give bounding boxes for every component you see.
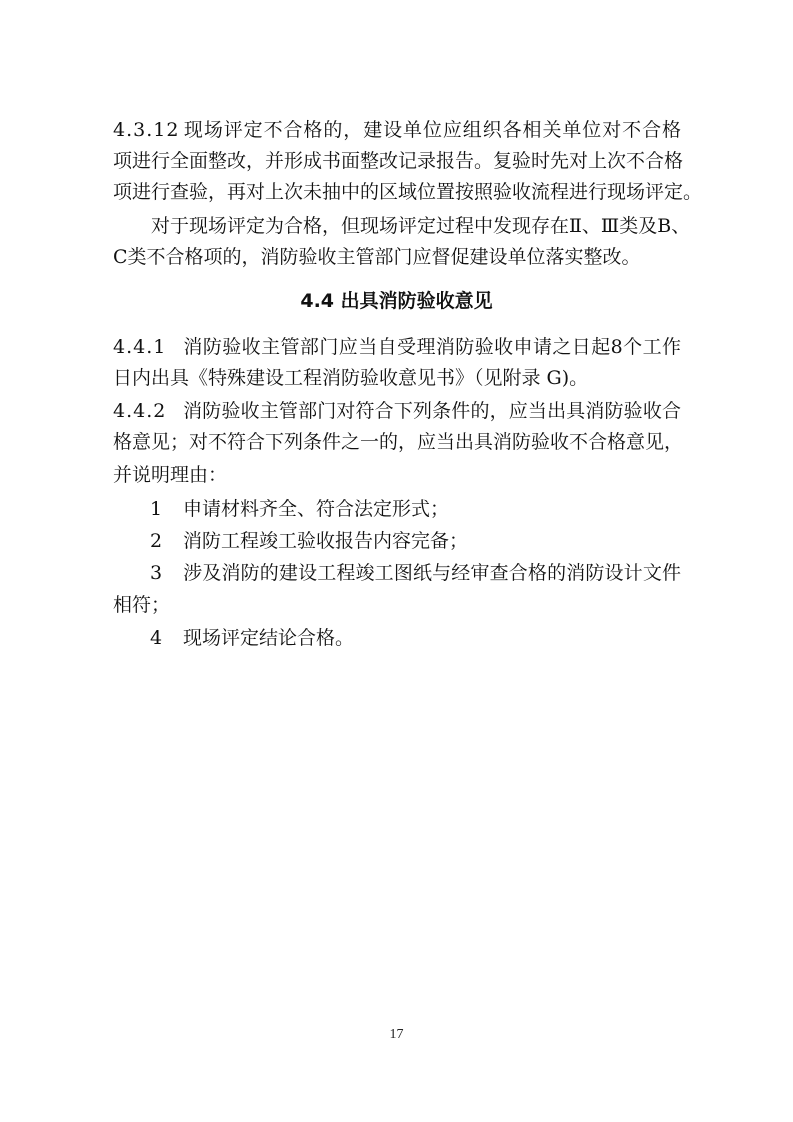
clause-text: 并说明理由： <box>113 464 227 486</box>
clause-text: 消防验收主管部门应当自受理消防验收申请之日起8个工作 <box>183 336 681 358</box>
clause-number: 4.3.12 <box>113 114 183 146</box>
page-number: 17 <box>0 1027 793 1043</box>
clause-text: 消防验收主管部门对符合下列条件的，应当出具消防验收合 <box>183 400 681 422</box>
clause-number: 4.4.1 <box>113 331 183 363</box>
list-item-text: 现场评定结论合格。 <box>183 627 354 649</box>
list-item-number: 4 <box>150 622 183 654</box>
section-heading: 4.4 出具消防验收意见 <box>0 285 793 317</box>
clause-text: 项进行全面整改，并形成书面整改记录报告。复验时先对上次不合格 <box>113 150 683 172</box>
clause-number: 4.4.2 <box>113 395 183 427</box>
clause-4-3-12-line-1: 4.3.12现场评定不合格的，建设单位应组织各相关单位对不合格 <box>113 114 681 146</box>
list-item-1: 1申请材料齐全、符合法定形式； <box>150 493 681 525</box>
list-item-4: 4现场评定结论合格。 <box>150 622 681 654</box>
list-item-2: 2消防工程竣工验收报告内容完备； <box>150 525 681 557</box>
list-item-text: 消防工程竣工验收报告内容完备； <box>183 530 468 552</box>
list-item-text: 相符； <box>113 594 170 616</box>
paragraph-text: C类不合格项的，消防验收主管部门应督促建设单位落实整改。 <box>113 246 641 268</box>
list-item-number: 2 <box>150 525 183 557</box>
clause-text: 格意见；对不符合下列条件之一的，应当出具消防验收不合格意见， <box>113 431 683 453</box>
clause-text: 现场评定不合格的，建设单位应组织各相关单位对不合格 <box>183 119 681 141</box>
clause-text: 项进行查验，再对上次未抽中的区域位置按照验收流程进行现场评定。 <box>113 181 702 203</box>
clause-4-3-12-line-3: 项进行查验，再对上次未抽中的区域位置按照验收流程进行现场评定。 <box>113 176 681 208</box>
list-item-3-continuation: 相符； <box>113 589 681 621</box>
clause-4-3-12-line-2: 项进行全面整改，并形成书面整改记录报告。复验时先对上次不合格 <box>113 145 681 177</box>
paragraph-text: 对于现场评定为合格，但现场评定过程中发现存在Ⅱ、Ⅲ类及B、 <box>151 215 690 237</box>
list-item-3: 3涉及消防的建设工程竣工图纸与经审查合格的消防设计文件 <box>150 557 681 589</box>
list-item-number: 3 <box>150 557 183 589</box>
clause-4-4-2-line-1: 4.4.2消防验收主管部门对符合下列条件的，应当出具消防验收合 <box>113 395 681 427</box>
clause-4-4-2-line-2: 格意见；对不符合下列条件之一的，应当出具消防验收不合格意见， <box>113 426 681 458</box>
clause-4-4-1-line-1: 4.4.1消防验收主管部门应当自受理消防验收申请之日起8个工作 <box>113 331 681 363</box>
document-page: 4.3.12现场评定不合格的，建设单位应组织各相关单位对不合格 项进行全面整改，… <box>0 0 793 1122</box>
clause-4-4-2-line-3: 并说明理由： <box>113 459 681 491</box>
list-item-text: 涉及消防的建设工程竣工图纸与经审查合格的消防设计文件 <box>183 562 681 584</box>
clause-4-4-1-line-2: 日内出具《特殊建设工程消防验收意见书》（见附录 G)。 <box>113 362 681 394</box>
clause-text: 日内出具《特殊建设工程消防验收意见书》（见附录 G)。 <box>113 367 588 389</box>
clause-4-3-12-para2-line-2: C类不合格项的，消防验收主管部门应督促建设单位落实整改。 <box>113 241 681 273</box>
clause-4-3-12-para2-line-1: 对于现场评定为合格，但现场评定过程中发现存在Ⅱ、Ⅲ类及B、 <box>151 210 681 242</box>
list-item-text: 申请材料齐全、符合法定形式； <box>183 498 449 520</box>
list-item-number: 1 <box>150 493 183 525</box>
